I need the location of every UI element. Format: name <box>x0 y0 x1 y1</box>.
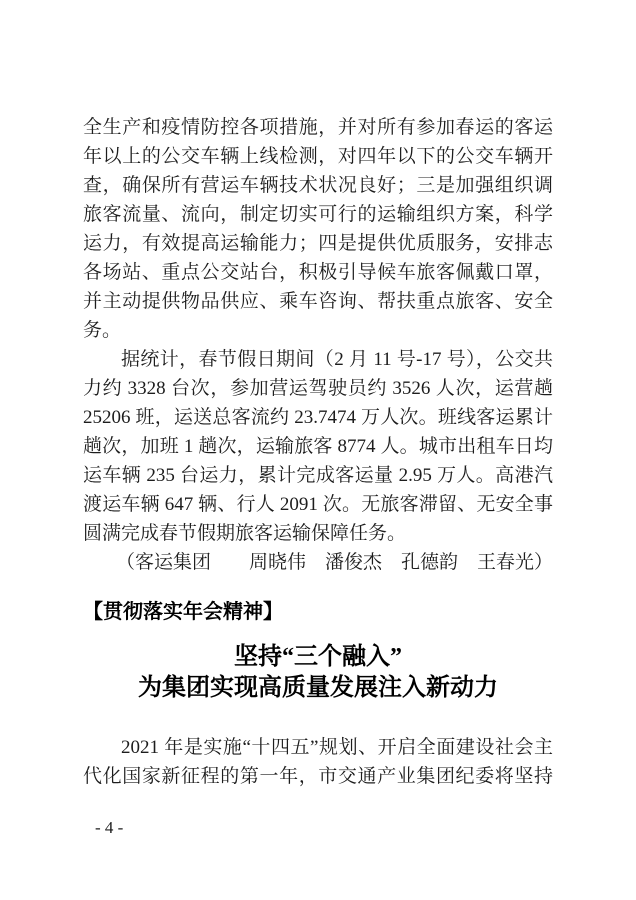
text-line: 各场站、重点公交站台，积极引导候车旅客佩戴口罩，保持间距， <box>83 258 553 287</box>
text-line: 圆满完成春节假期旅客运输保障任务。 <box>83 519 553 548</box>
page-number: - 4 - <box>95 816 123 840</box>
text-line: 力约 3328 台次，参加营运驾驶员约 3526 人次，运营趟次约 <box>83 374 553 403</box>
article-title: 坚持“三个融入” 为集团实现高质量发展注入新动力 <box>83 642 553 704</box>
text-line: 渡运车辆 647 辆、行人 2091 次。无旅客滞留、无安全事故发生， <box>83 490 553 519</box>
text-line: 25206 班，运送总客流约 23.7474 万人次。班线客运累计发班 942 <box>83 403 553 432</box>
text-line: 年以上的公交车辆上线检测，对四年以下的公交车辆开展人工检 <box>83 142 553 171</box>
text-line: 运车辆 235 台运力，累计完成客运量 2.95 万人。高港汽渡累计 <box>83 461 553 490</box>
article-title-line-2: 为集团实现高质量发展注入新动力 <box>83 673 553 704</box>
text-line: 2021 年是实施“十四五”规划、开启全面建设社会主义现 <box>83 733 553 762</box>
paragraph-spring-festival-measures: 全生产和疫情防控各项措施，并对所有参加春运的客运车辆及四年以上的公交车辆上线检测… <box>83 113 553 345</box>
article-title-line-1: 坚持“三个融入” <box>83 642 553 673</box>
text-line: 趟次，加班 1 趟次，运输旅客 8774 人。城市出租车日均投入营 <box>83 432 553 461</box>
text-line: 代化国家新征程的第一年，市交通产业集团纪委将坚持集团改革 <box>83 762 553 791</box>
section-header: 【贯彻落实年会精神】 <box>83 598 553 627</box>
text-line: 务。 <box>83 316 553 345</box>
text-line: 旅客流量、流向，制定切实可行的运输组织方案，科学合理调配 <box>83 200 553 229</box>
document-page: 全生产和疫情防控各项措施，并对所有参加春运的客运车辆及四年以上的公交车辆上线检测… <box>0 0 636 900</box>
text-line: （客运集团 周晓伟 潘俊杰 孔德韵 王春光） <box>83 548 553 577</box>
text-line: 查，确保所有营运车辆技术状况良好；三是加强组织调度，根据 <box>83 171 553 200</box>
paragraph-2021-outlook: 2021 年是实施“十四五”规划、开启全面建设社会主义现代化国家新征程的第一年，… <box>83 733 553 791</box>
text-line: 全生产和疫情防控各项措施，并对所有参加春运的客运车辆及四 <box>83 113 553 142</box>
text-line: 据统计，春节假日期间（2 月 11 号-17 号），公交共投放运 <box>83 345 553 374</box>
text-line: 并主动提供物品供应、乘车咨询、帮扶重点旅客、安全劝导等服 <box>83 287 553 316</box>
text-line: 运力，有效提高运输能力；四是提供优质服务，安排志愿者深入 <box>83 229 553 258</box>
paragraph-spring-festival-statistics: 据统计，春节假日期间（2 月 11 号-17 号），公交共投放运力约 3328 … <box>83 345 553 577</box>
